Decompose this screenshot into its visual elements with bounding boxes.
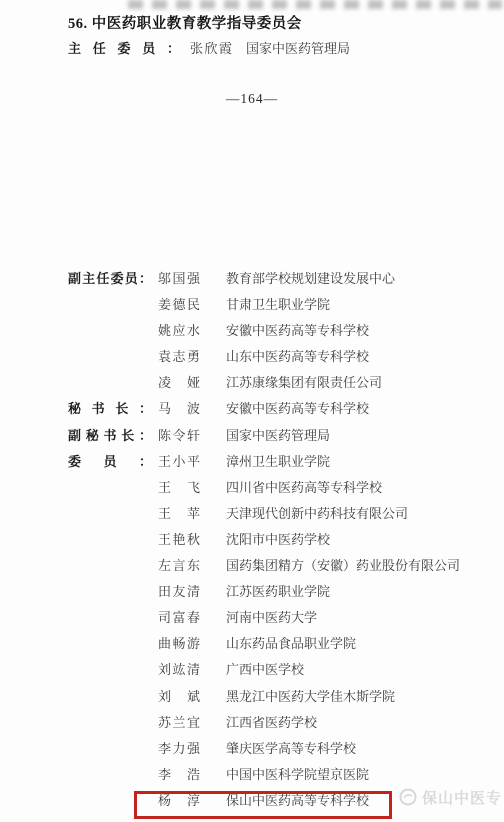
member-organization: 四川省中医药高等专科学校 [226, 475, 382, 501]
member-name: 曲畅游 [158, 631, 200, 657]
member-organization: 江西省医药学校 [226, 710, 317, 736]
member-row: 姜德民甘肃卫生职业学院 [0, 292, 504, 318]
scanned-document-page: 56. 中医药职业教育教学指导委员会 主任委员：张欣霞国家中医药管理局 —164… [0, 0, 504, 822]
member-row: 田友清江苏医药职业学院 [0, 579, 504, 605]
member-organization: 天津现代创新中药科技有限公司 [226, 501, 408, 527]
member-row: 副秘书长：陈令轩国家中医药管理局 [0, 423, 504, 449]
member-organization: 江苏医药职业学院 [226, 579, 330, 605]
chair-name: 张欣霞 [190, 39, 232, 59]
member-name: 袁志勇 [158, 344, 200, 370]
member-name: 邬国强 [158, 266, 200, 292]
member-organization: 安徽中医药高等专科学校 [226, 318, 369, 344]
member-row: 王 飞四川省中医药高等专科学校 [0, 475, 504, 501]
member-row: 曲畅游山东药品食品职业学院 [0, 631, 504, 657]
member-organization: 中国中医科学院望京医院 [226, 762, 369, 788]
member-row: 左言东国药集团精方（安徽）药业股份有限公司 [0, 553, 504, 579]
member-organization: 国药集团精方（安徽）药业股份有限公司 [226, 553, 460, 579]
member-name: 马 波 [158, 396, 200, 422]
member-row: 秘书长：马 波安徽中医药高等专科学校 [0, 396, 504, 422]
member-organization: 山东中医药高等专科学校 [226, 344, 369, 370]
member-row: 李力强肇庆医学高等专科学校 [0, 736, 504, 762]
member-organization: 肇庆医学高等专科学校 [226, 736, 356, 762]
member-organization: 河南中医药大学 [226, 605, 317, 631]
member-organization: 国家中医药管理局 [226, 423, 330, 449]
member-name: 杨 淳 [158, 788, 200, 814]
member-name: 李力强 [158, 736, 200, 762]
member-organization: 沈阳市中医药学校 [226, 527, 330, 553]
member-name: 王 苹 [158, 501, 200, 527]
member-name: 凌 娅 [158, 370, 200, 396]
member-row: 凌 娅江苏康缘集团有限责任公司 [0, 370, 504, 396]
member-name: 王小平 [158, 449, 200, 475]
member-row: 姚应水安徽中医药高等专科学校 [0, 318, 504, 344]
member-name: 苏兰宜 [158, 710, 200, 736]
member-organization: 安徽中医药高等专科学校 [226, 396, 369, 422]
member-organization: 甘肃卫生职业学院 [226, 292, 330, 318]
member-row: 王 苹天津现代创新中药科技有限公司 [0, 501, 504, 527]
watermark: 保山中医专 [399, 786, 502, 808]
member-row: 副主任委员：邬国强教育部学校规划建设发展中心 [0, 266, 504, 292]
member-name: 李 浩 [158, 762, 200, 788]
member-organization: 广西中医学校 [226, 657, 304, 683]
member-name: 刘竑清 [158, 657, 200, 683]
member-row: 委员：王小平漳州卫生职业学院 [0, 449, 504, 475]
member-row: 王艳秋沈阳市中医药学校 [0, 527, 504, 553]
watermark-text: 保山中医专 [422, 787, 502, 808]
member-organization: 黑龙江中医药大学佳木斯学院 [226, 684, 395, 710]
member-name: 左言东 [158, 553, 200, 579]
member-role-label: 秘书长： [68, 396, 152, 422]
member-organization: 教育部学校规划建设发展中心 [226, 266, 395, 292]
member-role-label: 副秘书长： [68, 423, 152, 449]
chair-organization: 国家中医药管理局 [246, 39, 350, 59]
committee-member-list: 副主任委员：邬国强教育部学校规划建设发展中心 姜德民甘肃卫生职业学院 姚应水安徽… [0, 266, 504, 814]
watermark-logo-icon [399, 788, 417, 806]
member-name: 姜德民 [158, 292, 200, 318]
member-row: 刘竑清广西中医学校 [0, 657, 504, 683]
member-name: 王艳秋 [158, 527, 200, 553]
member-row: 袁志勇山东中医药高等专科学校 [0, 344, 504, 370]
member-row: 苏兰宜江西省医药学校 [0, 710, 504, 736]
member-name: 姚应水 [158, 318, 200, 344]
page-number: —164— [0, 91, 504, 107]
member-name: 刘 斌 [158, 684, 200, 710]
member-organization: 漳州卫生职业学院 [226, 449, 330, 475]
member-row: 刘 斌黑龙江中医药大学佳木斯学院 [0, 684, 504, 710]
section-heading: 56. 中医药职业教育教学指导委员会 [68, 12, 302, 33]
member-organization: 江苏康缘集团有限责任公司 [226, 370, 382, 396]
chair-row: 主任委员：张欣霞国家中医药管理局 [0, 39, 504, 59]
member-name: 陈令轩 [158, 423, 200, 449]
chair-role-label: 主任委员： [68, 39, 180, 59]
member-name: 田友清 [158, 579, 200, 605]
member-name: 王 飞 [158, 475, 200, 501]
cropped-text-remnant [128, 0, 502, 9]
member-role-label: 委员： [68, 449, 152, 475]
member-organization: 保山中医药高等专科学校 [226, 788, 369, 814]
member-name: 司富春 [158, 605, 200, 631]
member-organization: 山东药品食品职业学院 [226, 631, 356, 657]
member-row: 司富春河南中医药大学 [0, 605, 504, 631]
member-role-label: 副主任委员： [68, 266, 152, 292]
member-row: 李 浩中国中医科学院望京医院 [0, 762, 504, 788]
